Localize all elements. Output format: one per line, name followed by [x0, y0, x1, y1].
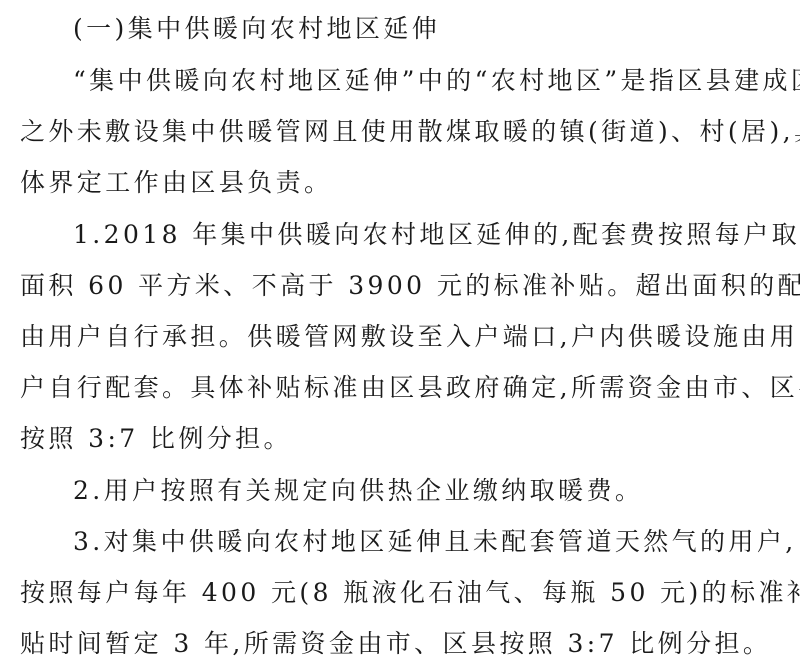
document-page: (一)集中供暖向农村地区延伸 “集中供暖向农村地区延伸”中的“农村地区”是指区县…	[0, 0, 800, 667]
paragraph-line: 按照每户每年 400 元(8 瓶液化石油气、每瓶 50 元)的标准补贴,补	[20, 578, 780, 608]
paragraph-line: 户自行配套。具体补贴标准由区县政府确定,所需资金由市、区县	[20, 373, 780, 403]
paragraph-line: 2.用户按照有关规定向供热企业缴纳取暖费。	[73, 476, 780, 506]
paragraph-line: 由用户自行承担。供暖管网敷设至入户端口,户内供暖设施由用	[20, 322, 780, 352]
paragraph-line: 之外未敷设集中供暖管网且使用散煤取暖的镇(街道)、村(居),具	[20, 117, 780, 147]
paragraph-line: 体界定工作由区县负责。	[20, 168, 780, 198]
paragraph-line: 贴时间暂定 3 年,所需资金由市、区县按照 3:7 比例分担。	[20, 629, 780, 659]
section-heading: (一)集中供暖向农村地区延伸	[73, 14, 780, 44]
paragraph-line: 3.对集中供暖向农村地区延伸且未配套管道天然气的用户,	[73, 527, 780, 557]
paragraph-line: 面积 60 平方米、不高于 3900 元的标准补贴。超出面积的配套费	[20, 271, 780, 301]
paragraph-line: “集中供暖向农村地区延伸”中的“农村地区”是指区县建成区	[73, 66, 780, 96]
paragraph-line: 1.2018 年集中供暖向农村地区延伸的,配套费按照每户取暖	[73, 220, 780, 250]
paragraph-line: 按照 3:7 比例分担。	[20, 424, 780, 454]
